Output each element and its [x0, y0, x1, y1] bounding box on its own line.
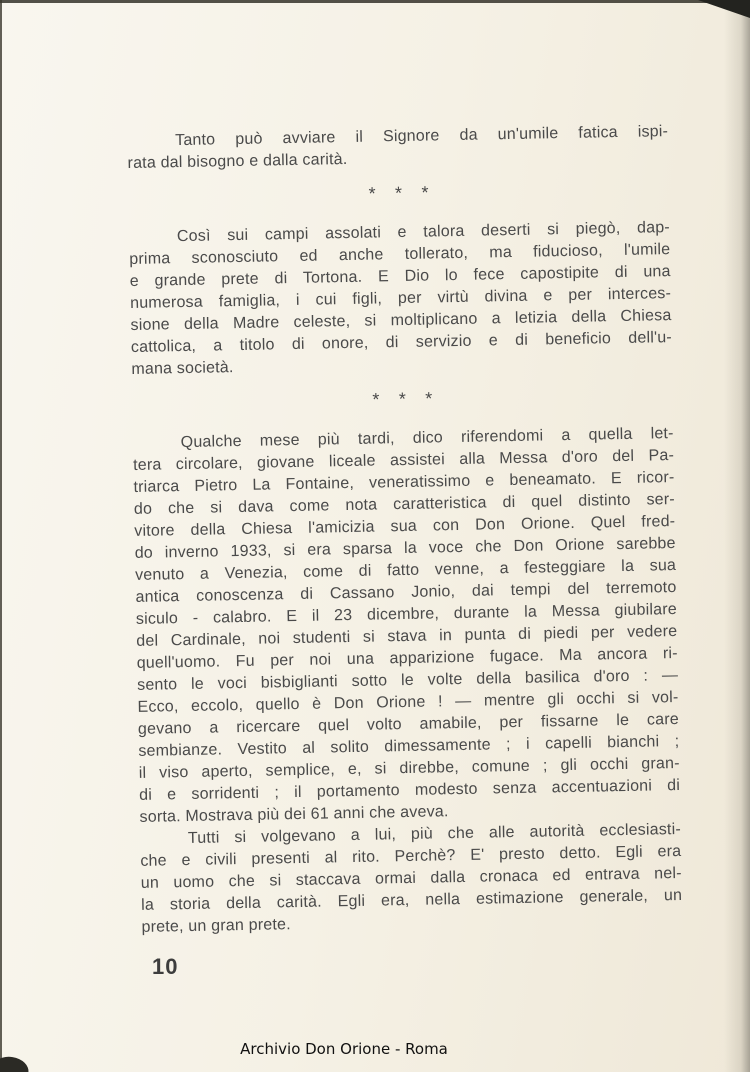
paragraph: Così sui campi assolati e talora deserti… — [129, 217, 673, 381]
archive-watermark: Archivio Don Orione - Roma — [0, 1040, 688, 1058]
scan-edge-left — [0, 0, 2, 1072]
section-separator: * * * — [132, 383, 673, 415]
paragraph: Qualche mese più tardi, dico riferendomi… — [133, 423, 681, 829]
paragraph: Tutti si volgevano a lui, più che alle a… — [140, 819, 683, 939]
page-number: 10 — [152, 954, 178, 980]
scanned-book-page: Tanto può avviare il Signore da un'umile… — [0, 0, 750, 1072]
page-right-shadow — [724, 0, 750, 1072]
paragraph: Tanto può avviare il Signore da un'umile… — [127, 121, 669, 175]
section-separator: * * * — [128, 177, 669, 209]
page-text-block: Tanto può avviare il Signore da un'umile… — [127, 121, 683, 939]
scan-edge-top — [0, 0, 750, 3]
